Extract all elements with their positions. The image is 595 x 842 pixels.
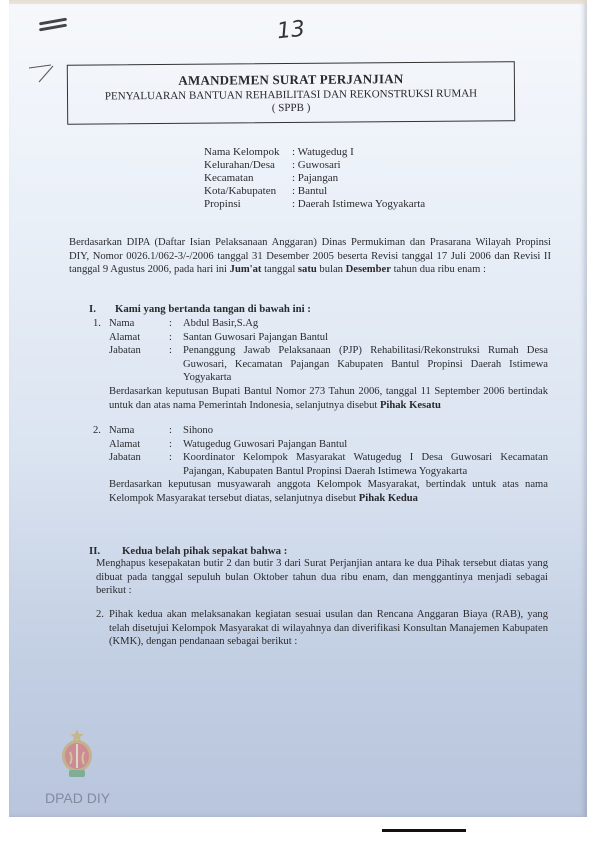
info-row-district: Kecamatan: Pajangan <box>204 172 425 185</box>
coat-of-arms-icon <box>59 728 95 780</box>
handwritten-equals-mark <box>39 20 67 32</box>
section-2-heading: II.Kedua belah pihak sepakat bahwa : <box>89 545 287 557</box>
intro-paragraph: Berdasarkan DIPA (Daftar Isian Pelaksana… <box>69 236 551 277</box>
party-1: 1.Nama:Abdul Basir,S.Ag Alamat:Santan Gu… <box>93 317 548 412</box>
info-row-regency: Kota/Kabupaten: Bantul <box>204 185 425 198</box>
archive-watermark: DPAD DIY <box>45 790 110 806</box>
info-row-group: Nama Kelompok: Watugedug I <box>204 146 425 159</box>
info-row-province: Propinsi: Daerah Istimewa Yogyakarta <box>204 198 425 211</box>
section-2-paragraph: Menghapus kesepakatan butir 2 dan butir … <box>96 557 548 598</box>
party-2: 2.Nama:Sihono Alamat:Watugedug Guwosari … <box>93 424 548 506</box>
party-2-note: Berdasarkan keputusan musyawarah anggota… <box>109 478 548 505</box>
scanned-page: 13 AMANDEMEN SURAT PERJANJIAN PENYALUARA… <box>9 0 587 817</box>
footer-rule <box>382 829 466 832</box>
section-1-heading: I.Kami yang bertanda tangan di bawah ini… <box>89 303 311 315</box>
party-1-note: Berdasarkan keputusan Bupati Bantul Nomo… <box>109 385 548 412</box>
info-row-village: Kelurahan/Desa: Guwosari <box>204 159 425 172</box>
handwritten-check-mark <box>27 60 61 84</box>
document-abbreviation: ( SPPB ) <box>68 100 514 116</box>
title-box: AMANDEMEN SURAT PERJANJIAN PENYALUARAN B… <box>67 61 515 125</box>
handwritten-page-number: 13 <box>276 17 306 45</box>
group-info-block: Nama Kelompok: Watugedug I Kelurahan/Des… <box>204 146 425 211</box>
section-2-item: 2. Pihak kedua akan melaksanakan kegiata… <box>96 608 548 649</box>
